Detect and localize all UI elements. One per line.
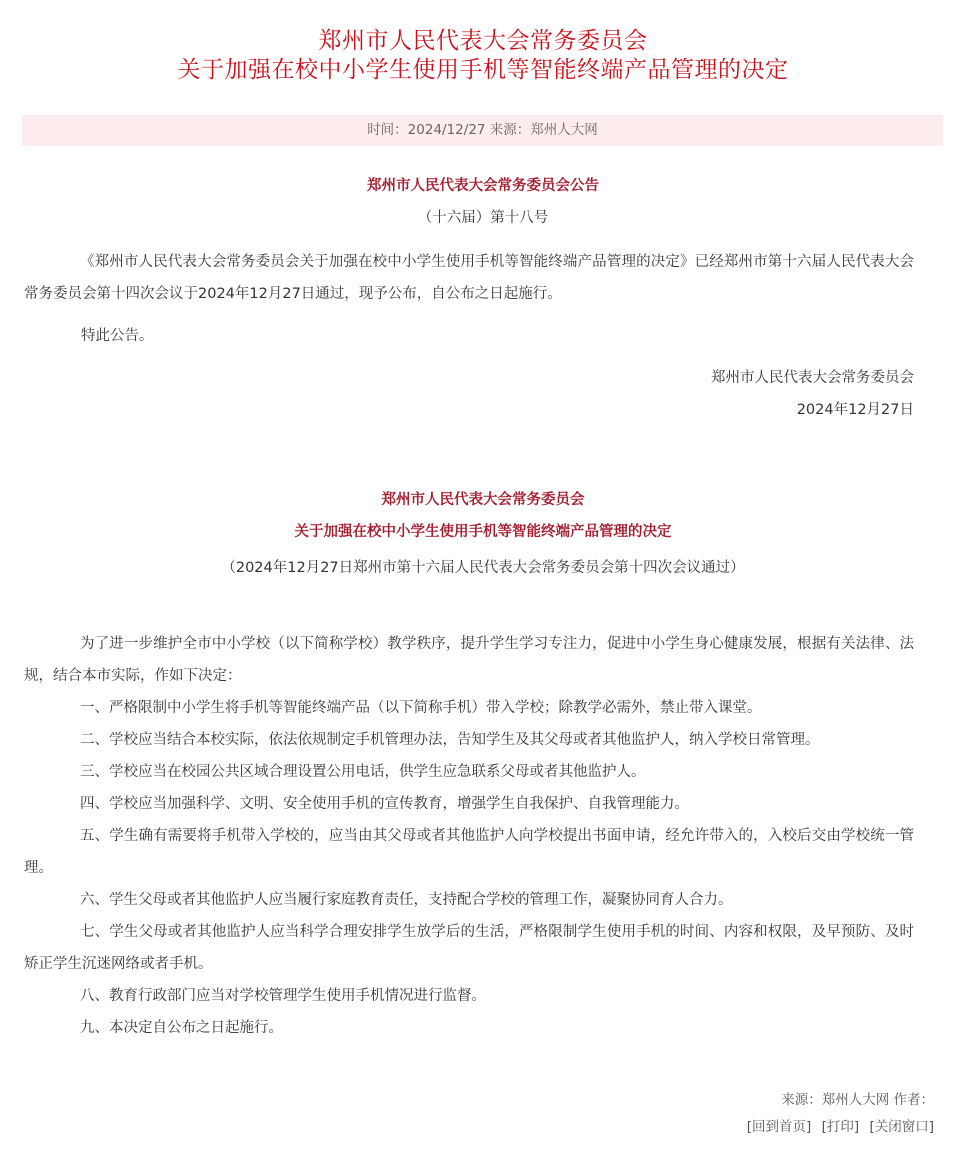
article-body: 郑州市人民代表大会常务委员会公告 （十六届）第十八号 《郑州市人民代表大会常务委… (52, 168, 914, 1044)
announcement-closing: 特此公告。 (52, 320, 914, 352)
publish-info-bar: 时间：2024/12/27 来源：郑州人大网 (22, 115, 943, 146)
announcement-date: 2024年12月27日 (52, 394, 914, 426)
page-title-line-1: 郑州市人民代表大会常务委员会 (0, 27, 966, 56)
announcement-signature: 郑州市人民代表大会常务委员会 (52, 362, 914, 394)
close-window-link[interactable]: [关闭窗口] (869, 1119, 934, 1135)
decision-article-8: 八、教育行政部门应当对学校管理学生使用手机情况进行监督。 (24, 980, 914, 1012)
decision-article-1: 一、严格限制中小学生将手机等智能终端产品（以下简称手机）带入学校；除教学必需外，… (24, 692, 914, 724)
page-header: 郑州市人民代表大会常务委员会 关于加强在校中小学生使用手机等智能终端产品管理的决… (0, 0, 966, 85)
article-footer: 来源：郑州人大网 作者： [回到首页] [打印] [关闭窗口] (741, 1087, 934, 1141)
decision-article-9: 九、本决定自公布之日起施行。 (24, 1012, 914, 1044)
print-link[interactable]: [打印] (822, 1119, 860, 1135)
decision-article-2: 二、学校应当结合本校实际，依法依规制定手机管理办法，告知学生及其父母或者其他监护… (24, 724, 914, 756)
decision-article-7: 七、学生父母或者其他监护人应当科学合理安排学生放学后的生活，严格限制学生使用手机… (24, 916, 914, 980)
decision-heading-line-2: 关于加强在校中小学生使用手机等智能终端产品管理的决定 (52, 516, 914, 548)
back-home-link[interactable]: [回到首页] (747, 1119, 812, 1135)
announcement-number: （十六届）第十八号 (52, 202, 914, 234)
page-title-line-2: 关于加强在校中小学生使用手机等智能终端产品管理的决定 (0, 56, 966, 85)
decision-text: 为了进一步维护全市中小学校（以下简称学校）教学秩序，提升学生学习专注力，促进中小… (24, 628, 914, 1044)
footer-links: [回到首页] [打印] [关闭窗口] (741, 1114, 934, 1141)
decision-article-6: 六、学生父母或者其他监护人应当履行家庭教育责任，支持配合学校的管理工作，凝聚协同… (24, 884, 914, 916)
footer-source: 来源：郑州人大网 作者： (741, 1087, 934, 1114)
decision-article-3: 三、学校应当在校园公共区域合理设置公用电话，供学生应急联系父母或者其他监护人。 (24, 756, 914, 788)
decision-article-4: 四、学校应当加强科学、文明、安全使用手机的宣传教育，增强学生自我保护、自我管理能… (24, 788, 914, 820)
announcement-text: 《郑州市人民代表大会常务委员会关于加强在校中小学生使用手机等智能终端产品管理的决… (24, 246, 914, 310)
announcement-heading: 郑州市人民代表大会常务委员会公告 (52, 170, 914, 202)
decision-adopted-note: （2024年12月27日郑州市第十六届人民代表大会常务委员会第十四次会议通过） (52, 552, 914, 584)
decision-heading-line-1: 郑州市人民代表大会常务委员会 (52, 484, 914, 516)
decision-article-5: 五、学生确有需要将手机带入学校的，应当由其父母或者其他监护人向学校提出书面申请，… (24, 820, 914, 884)
decision-preamble: 为了进一步维护全市中小学校（以下简称学校）教学秩序，提升学生学习专注力，促进中小… (24, 628, 914, 692)
